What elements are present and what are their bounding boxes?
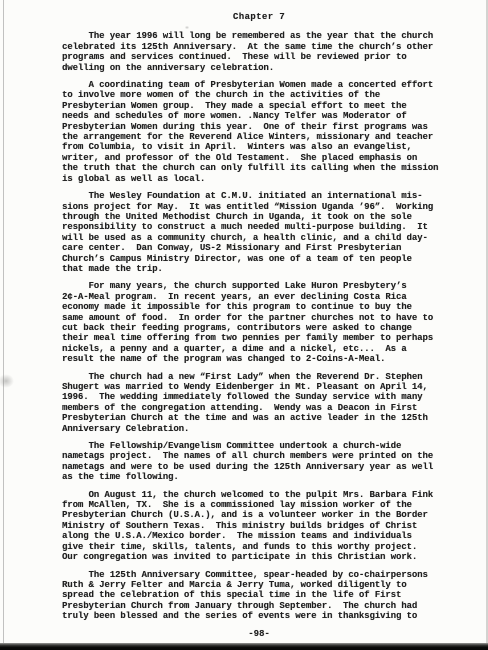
- page-number: -98-: [62, 629, 456, 639]
- scan-smudge-artifact: [0, 374, 14, 388]
- paragraph-8: The 125th Anniversary Committee, spear-h…: [62, 570, 456, 622]
- paragraph-5: The church had a new “First Lady” when t…: [62, 372, 456, 434]
- scan-edge-left-line: [3, 0, 4, 644]
- scanned-document-page: Chapter 7 The year 1996 will long be rem…: [0, 0, 488, 650]
- scan-bottom-edge-band: [0, 643, 488, 650]
- paragraph-4: For many years, the church supported Lak…: [62, 281, 456, 364]
- paragraph-1: The year 1996 will long be remembered as…: [62, 31, 456, 73]
- paragraph-7: On August 11, the church welcomed to the…: [62, 490, 456, 563]
- paragraph-6: The Fellowship/Evangelism Committee unde…: [62, 441, 456, 483]
- paragraph-2: A coordinating team of Presbyterian Wome…: [62, 80, 456, 184]
- page-content: Chapter 7 The year 1996 will long be rem…: [62, 12, 456, 639]
- paragraph-3: The Wesley Foundation at C.M.U. initiate…: [62, 191, 456, 274]
- chapter-heading: Chapter 7: [62, 12, 456, 22]
